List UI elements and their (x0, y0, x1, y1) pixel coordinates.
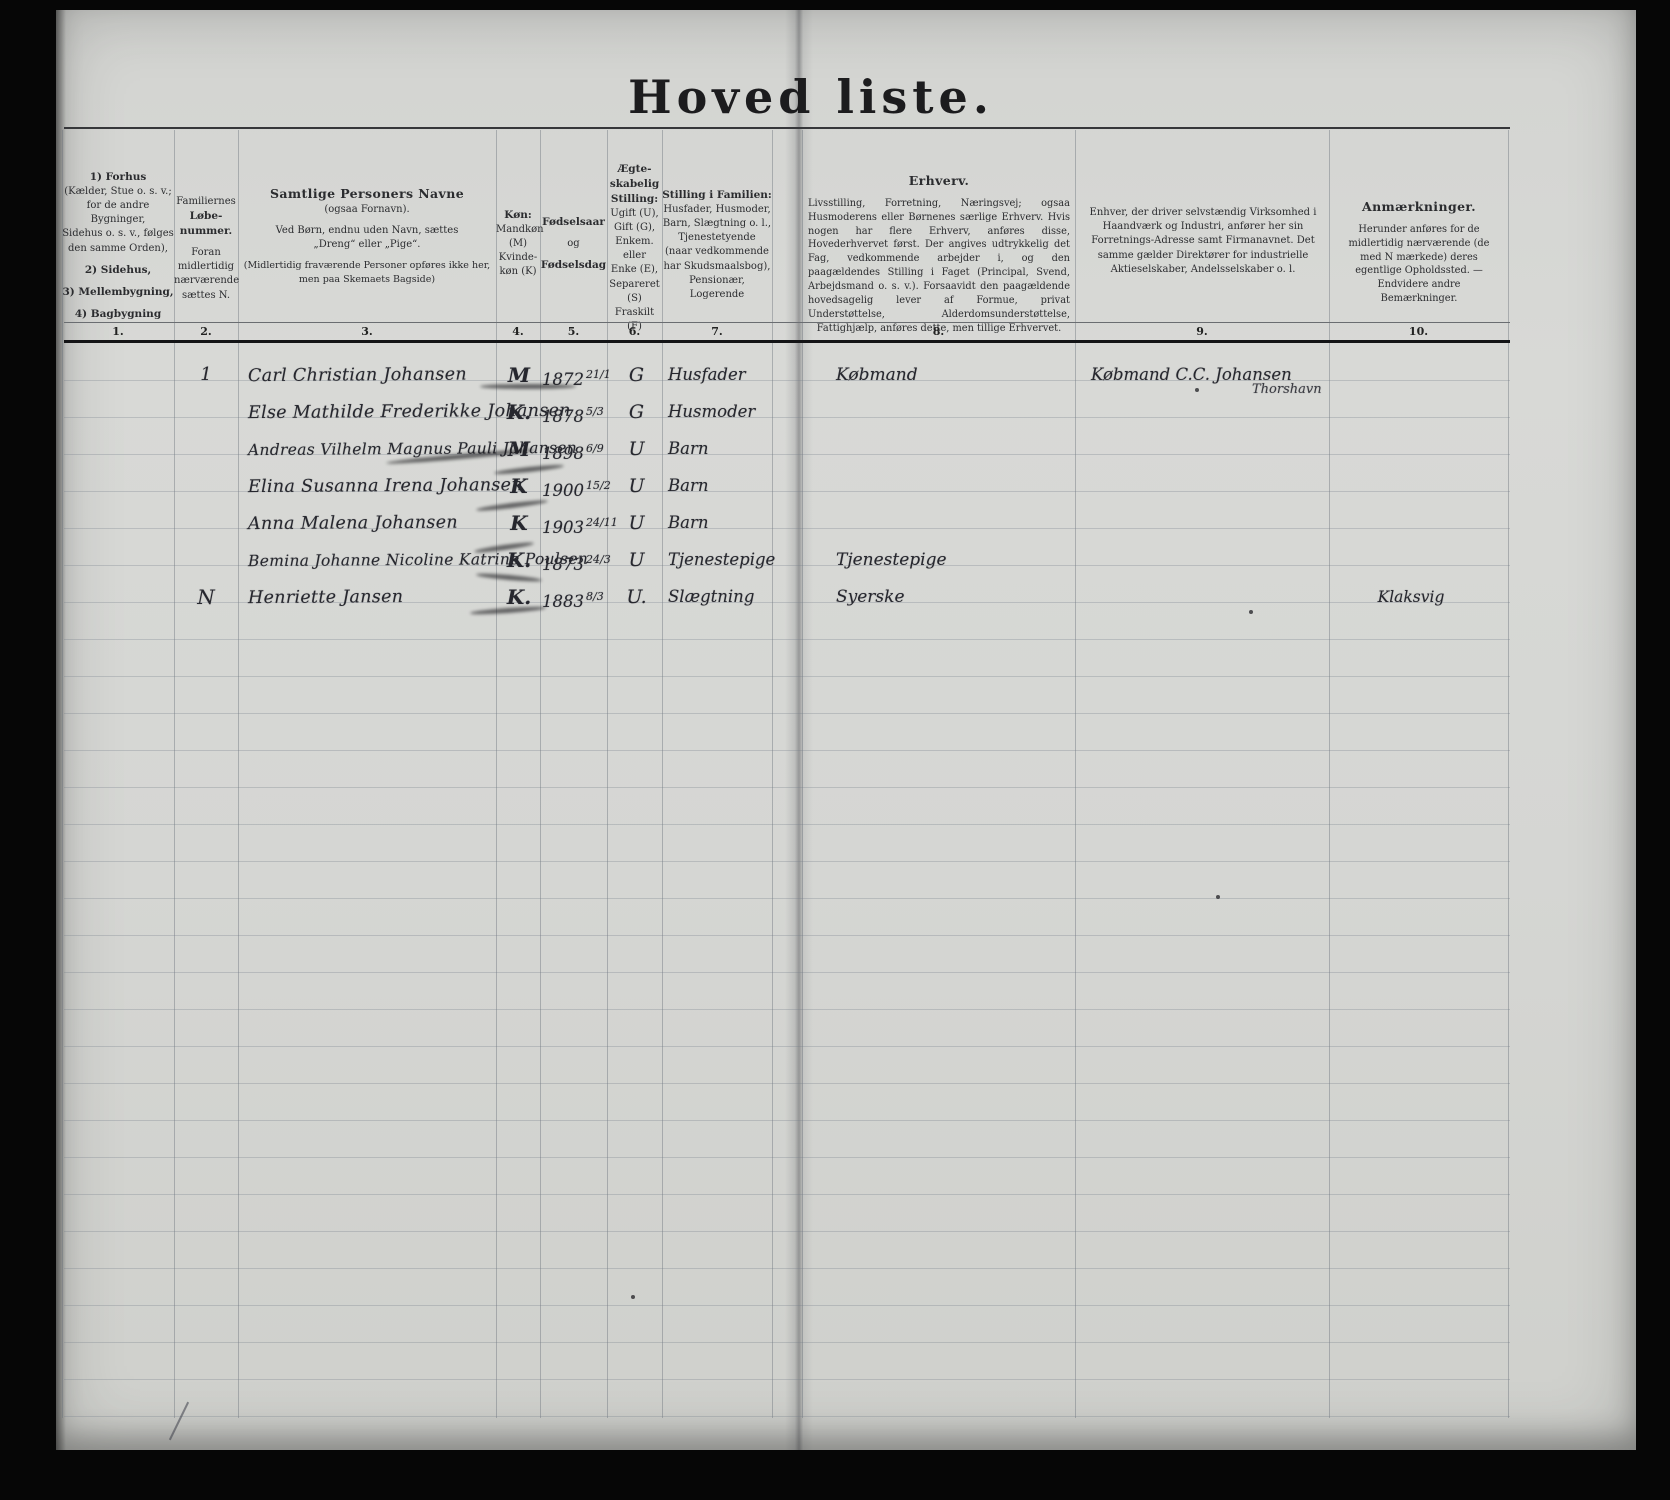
entry-number: N (174, 582, 238, 612)
scanned-census-document: { "colors": { "paper": "#d5d6d3", "ink":… (0, 0, 1670, 1500)
table-row: N Henriette Jansen K. 18838/3 U. Slægtni… (56, 582, 1636, 612)
entry-marital-status: U (609, 434, 664, 464)
table-row: Andreas Vilhelm Magnus Pauli Johansen M … (56, 434, 1636, 464)
header-rule-thin (64, 322, 1510, 323)
column-number-5: 5. (540, 325, 607, 338)
entry-family-position: Slægtning (668, 582, 828, 612)
scan-speck (1249, 610, 1253, 614)
table-row: Bemina Johanne Nicoline Katrine Poulsen … (56, 545, 1636, 575)
entry-occupation: Syerske (836, 582, 1086, 612)
scan-speck (1195, 388, 1199, 392)
entry-occupation: Købmand (836, 360, 1086, 390)
column-number-1: 1. (62, 325, 174, 338)
header-buildings: 1) Forhus (Kælder, Stue o. s. v.; for de… (62, 170, 174, 322)
entry-birth: 18986/9 (542, 434, 617, 469)
entry-marital-status: G (609, 397, 664, 427)
header-names: Samtlige Personers Navne (ogsaa Fornavn)… (238, 185, 496, 286)
entry-family-position: Tjenestepige (668, 545, 828, 575)
entry-birth: 187221/1 (542, 360, 617, 395)
header-rule-thick (64, 340, 1510, 343)
column-number-3: 3. (238, 325, 496, 338)
column-number-7: 7. (662, 325, 772, 338)
table-row: Anna Malena Johansen K 190324/11 U Barn (56, 508, 1636, 538)
pencil-smudge (480, 384, 576, 389)
entry-marital-status: U (609, 508, 664, 538)
entry-birth: 18838/3 (542, 582, 617, 617)
entry-family-position: Husfader (668, 360, 828, 390)
entry-birth: 190324/11 (542, 508, 617, 543)
entry-marital-status: U (609, 471, 664, 501)
entry-family-position: Barn (668, 471, 828, 501)
header-family-position: Stilling i Familien: Husfader, Husmoder,… (662, 188, 772, 302)
table-row-ruling (64, 344, 1510, 1420)
entry-sex: K (497, 471, 541, 501)
title-rule (64, 127, 1510, 129)
scan-speck (631, 1295, 635, 1299)
header-birth: Fødselsaar og Fødselsdag (540, 215, 607, 273)
column-number-4: 4. (496, 325, 540, 338)
entry-remarks: Klaksvig (1326, 582, 1496, 612)
table-row: Else Mathilde Frederikke Johansen K. 187… (56, 397, 1636, 427)
entry-birth: 190015/2 (542, 471, 617, 506)
column-line (62, 130, 63, 1418)
entry-marital-status: G (609, 360, 664, 390)
census-form-page: Hoved liste. 1) Forhus (Kælder, Stue o. … (56, 10, 1636, 1450)
header-family-number: Familiernes Løbe- nummer. Foran midlerti… (174, 195, 238, 303)
page-title: Hoved liste. (56, 70, 1566, 124)
entry-family-position: Barn (668, 508, 828, 538)
entry-occupation: Tjenestepige (836, 545, 1086, 575)
entry-family-position: Husmoder (668, 397, 828, 427)
entry-family-position: Barn (668, 434, 828, 464)
entry-sex: K (497, 508, 541, 538)
header-business: Enhver, der driver selvstændig Virksomhe… (1088, 206, 1318, 277)
entry-marital-status: U (609, 545, 664, 575)
entry-birth: 18785/3 (542, 397, 617, 432)
column-number-10: 10. (1329, 325, 1508, 338)
entry-sex: K. (497, 397, 541, 427)
column-number-9: 9. (1075, 325, 1329, 338)
table-row: 1 Carl Christian Johansen M 187221/1 G H… (56, 360, 1636, 390)
table-row: Elina Susanna Irena Johansen K 190015/2 … (56, 471, 1636, 501)
column-number-2: 2. (174, 325, 238, 338)
column-number-8: 8. (802, 325, 1075, 338)
header-sex: Køn: Mandkøn (M) Kvinde- køn (K) (496, 208, 540, 280)
entry-birth: 187324/3 (542, 545, 617, 580)
entry-number: 1 (174, 360, 238, 390)
header-occupation: Erhverv. Livsstilling, Forretning, Nærin… (808, 172, 1070, 336)
header-remarks: Anmærkninger. Herunder anføres for de mi… (1340, 198, 1498, 306)
header-marital-status: Ægte- skabelig Stilling: Ugift (U), Gift… (607, 162, 662, 334)
column-number-6: 6. (607, 325, 662, 338)
entry-marital-status: U. (609, 582, 664, 612)
scan-speck (1216, 895, 1220, 899)
